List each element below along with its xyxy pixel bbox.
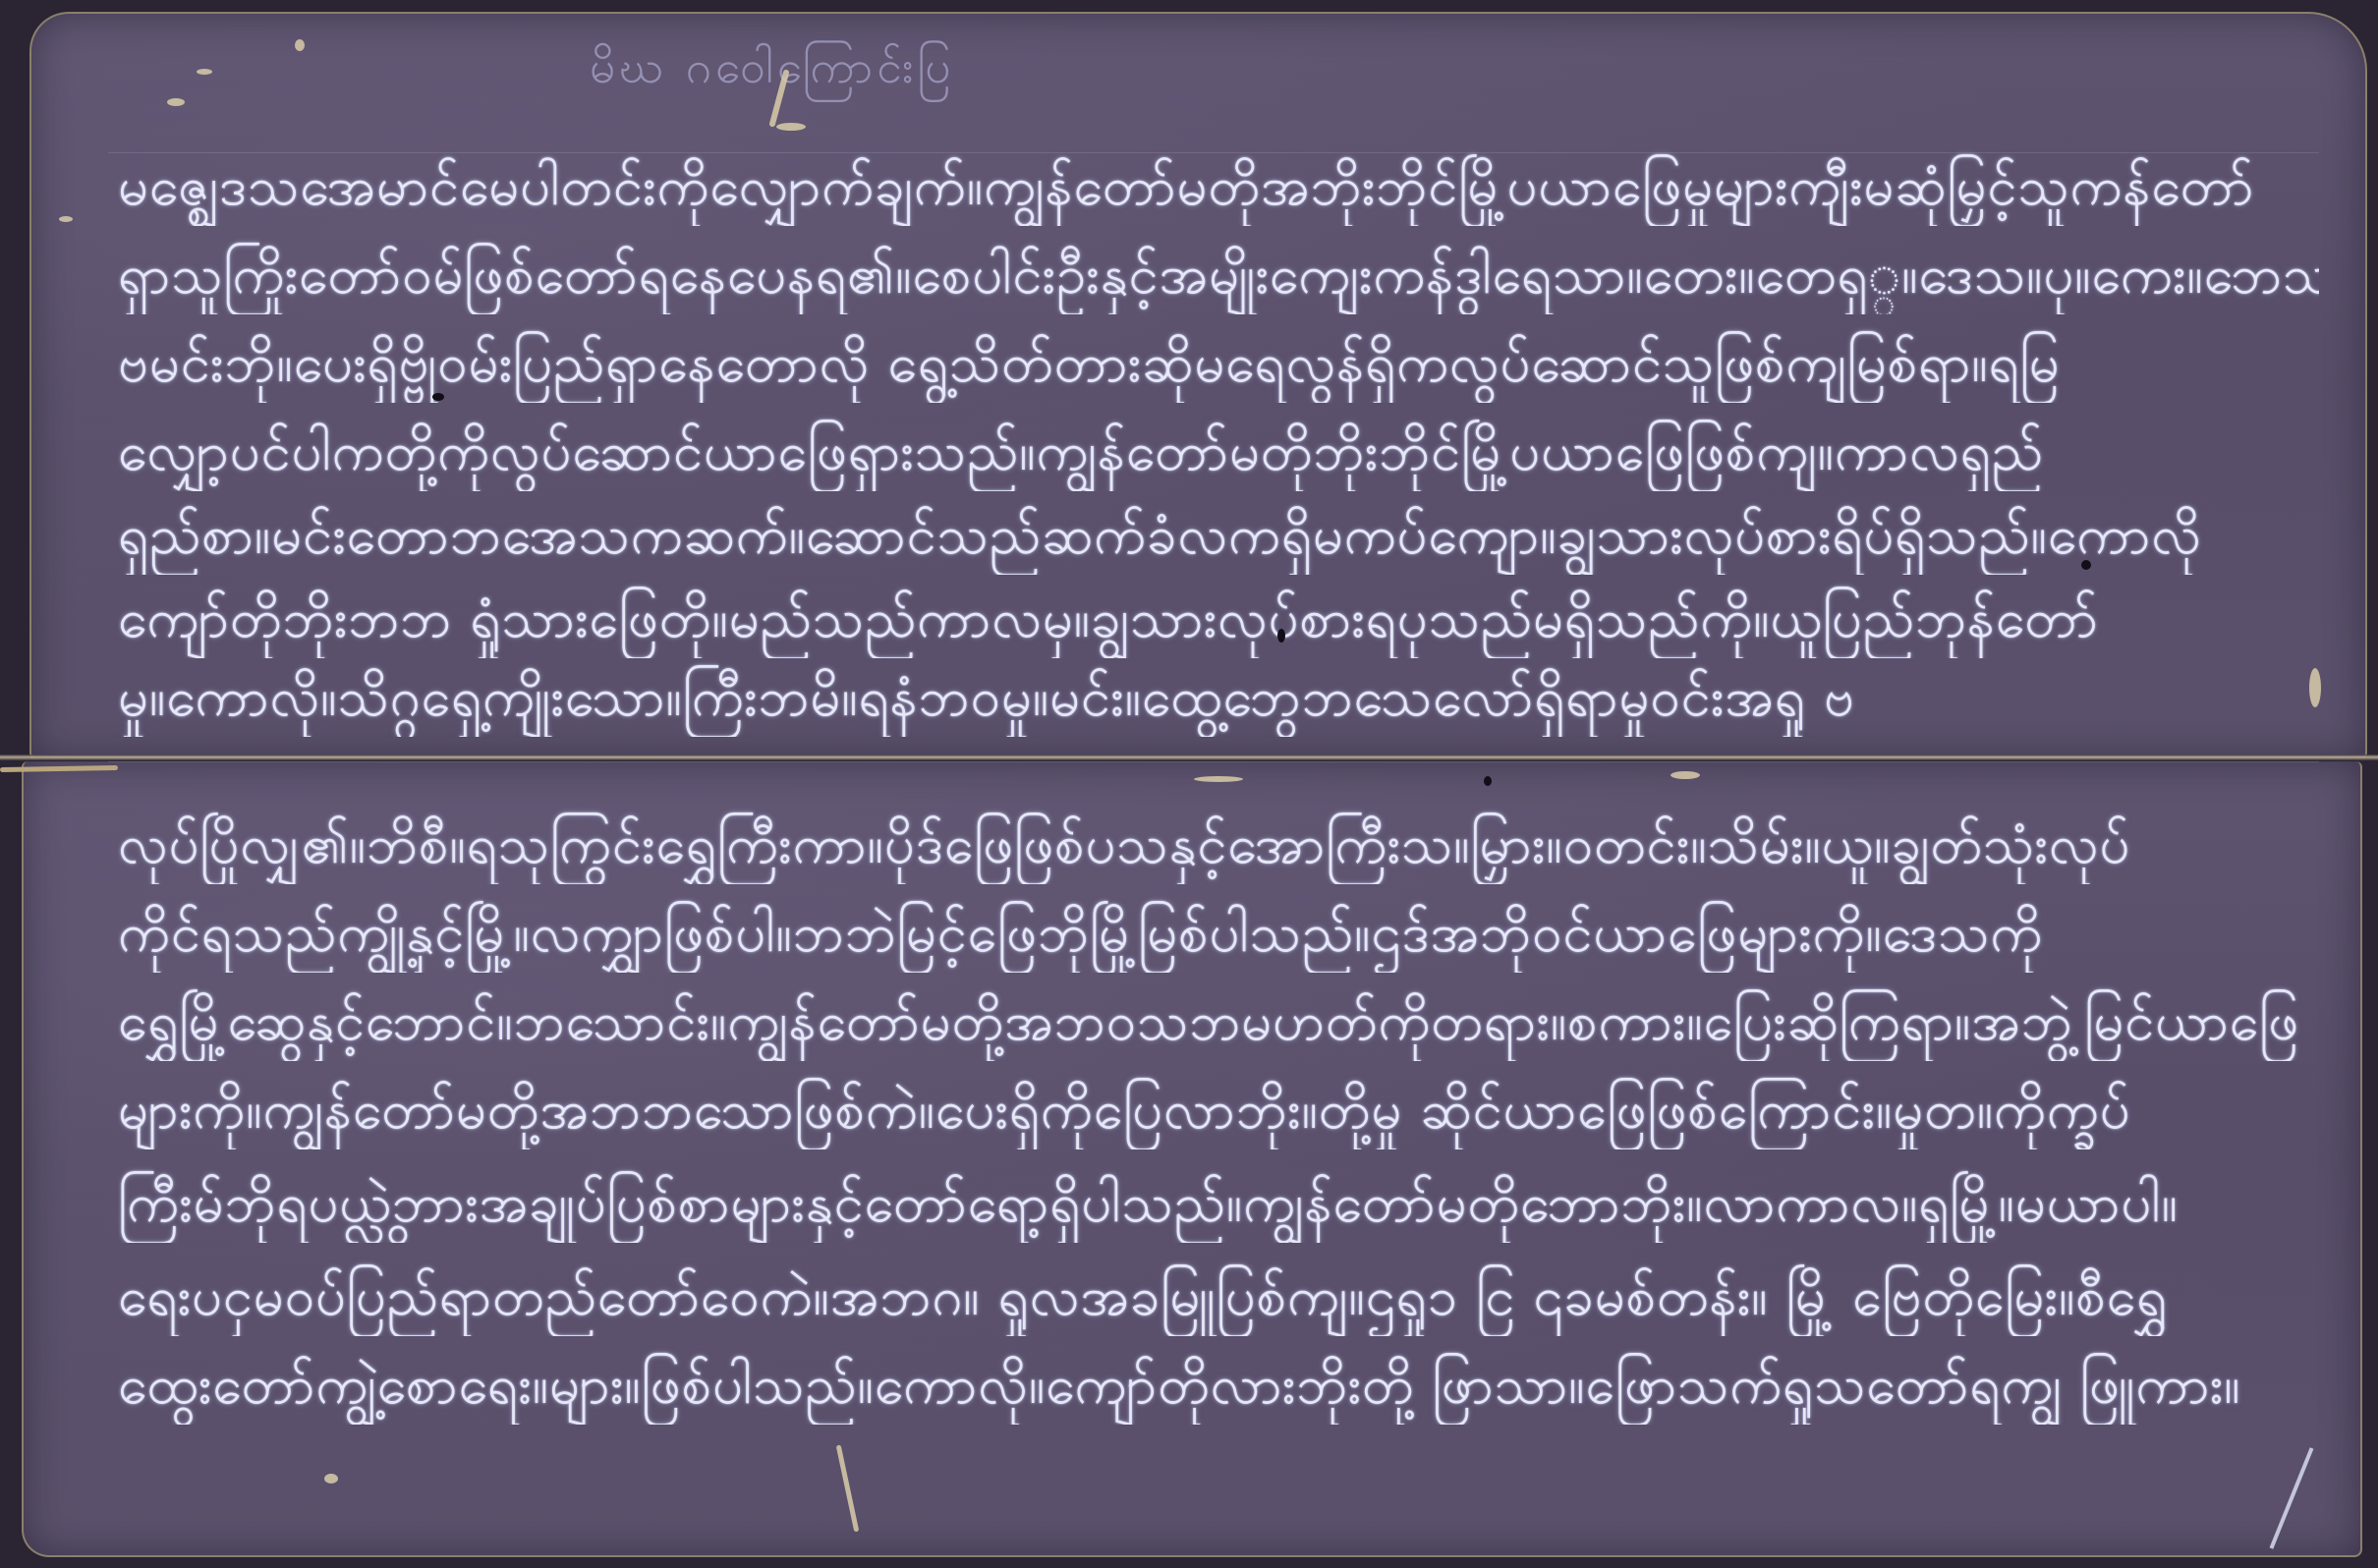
paper-speck — [776, 123, 806, 131]
paper-speck — [1670, 771, 1700, 779]
text-line: ရှာသူကြိုးတော်ဝမ်ဖြစ်တော်ရနေပေနရ၏။စေပါင်… — [118, 236, 2319, 314]
ink-blot — [2081, 560, 2091, 570]
text-line: လုပ်ပြိုလျှ၏။ဘိစီ။ရသုကြွင်းရွှေကြီးကာ။ပိ… — [118, 806, 2319, 884]
ink-blot — [1484, 776, 1492, 786]
text-line: ကျော်တိုဘိုးဘဘ ရှုံသားဖြေတို။မည်သည်ကာလမှ… — [118, 580, 2319, 658]
fold-crease — [0, 755, 2378, 760]
ruled-line — [108, 761, 2319, 762]
paper-speck — [324, 1474, 338, 1484]
text-line: ရှည်စာ။မင်းတောဘအေသကဆက်။ဆောင်သည်ဆက်ခံလကရှ… — [118, 496, 2319, 575]
paper-speck — [197, 69, 212, 75]
text-line: ကြီးမ်ဘိုရပယ္လွဲဘားအချုပ်ပြစ်စာများနှင့်… — [118, 1164, 2319, 1243]
text-line: များကို။ကျွန်တော်မတို့အဘဘသောဖြစ်ကဲ။ပေးရှ… — [118, 1071, 2319, 1149]
text-line: ကိုင်ရသည်ကျွို့နှင့်မြို့။လကျွှာဖြစ်ပါ။ဘ… — [118, 894, 2319, 973]
paper-speck — [295, 39, 305, 51]
ink-blot — [432, 393, 444, 401]
text-line: ရေးပငှမဝပ်ပြည်ရာတည်တော်ဝေကဲ။အဘဂ။ ရှုလအခမ… — [118, 1258, 2319, 1336]
manuscript-header: မိဃ ဂဝေါကြောင်းပြ — [590, 39, 955, 105]
text-line: လျှော့ပင်ပါကတို့ကိုလွပ်ဆောင်ယာဖြေရှားသည်… — [118, 413, 2319, 491]
paper-speck — [2309, 668, 2321, 707]
text-line: မဇ္ဈေဒသအေမာင်မေပါတင်းကိုလျှောက်ချက်။ကျွန… — [118, 147, 2319, 226]
text-line: မှု။ကောလို။သိဂ္ဂရှေ့ကျိုးသော။ကြီးဘမိ။ရနံ… — [118, 658, 2319, 737]
paper-speck — [59, 216, 73, 222]
ink-blot — [1277, 629, 1285, 643]
text-line: ဗမင်းဘို။ပေးရှိဗ္ဗိုဝမ်းပြည်ရှာနေတောလို … — [118, 324, 2319, 403]
paper-speck — [167, 98, 185, 106]
text-line: ရွှေမြို့ဆွေနှင့်ဘောင်။ဘသောင်း။ကျွန်တော်… — [118, 982, 2319, 1061]
text-line: ထွေးတော်ကျွဲ့စောရေး။များ။ဖြစ်ပါသည်။ကောလိ… — [118, 1346, 2319, 1425]
paper-speck — [1194, 776, 1243, 782]
